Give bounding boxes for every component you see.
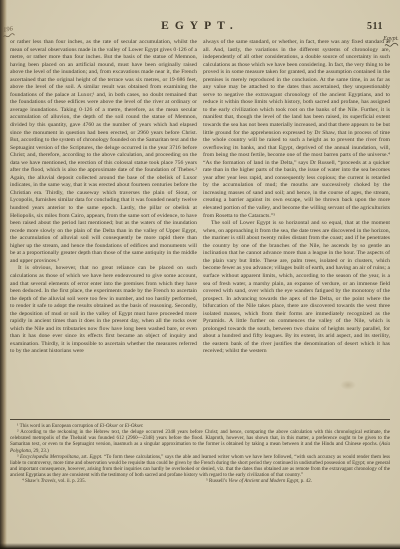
footnote-4: ⁴ Shaw’s Travels, vol. ii. p. 235. — [10, 479, 206, 485]
footnote-3-article: Egypt. — [90, 455, 103, 460]
footnote-5: ⁵ Russell’s View of Ancient and Modern E… — [206, 479, 390, 485]
footnote-2: ² According to the reckoning in the Hebr… — [10, 430, 390, 455]
footnote-1-title: El-Okser. — [125, 424, 144, 429]
binding-edge — [0, 0, 7, 549]
paragraph-left-continuation: or rather less than four inches, as the … — [10, 39, 197, 265]
text-column-right: always of the same standard, or whether,… — [203, 39, 390, 418]
footnote-3: ³ Encyclopædia Metropolitana, art. Egypt… — [10, 455, 390, 480]
footnote-row: ⁴ Shaw’s Travels, vol. ii. p. 235. ⁵ Rus… — [10, 479, 390, 485]
footnote-4-title: Travels — [41, 479, 56, 484]
page-number: 511 — [367, 21, 383, 32]
paragraph-right-2: The soil of Lower Egypt is so horizontal… — [203, 220, 390, 356]
footnote-1-text: or — [118, 424, 125, 429]
footnote-divider — [10, 419, 390, 420]
footnote-1-text: ¹ This word is an European corruption of — [17, 424, 100, 429]
footnote-3-title: Encyclopædia Metropolitana — [20, 455, 79, 460]
text-column-left: or rather less than four inches, as the … — [10, 39, 197, 418]
paragraph-right-continuation: always of the same standard, or whether,… — [203, 39, 390, 220]
footnote-5-text: ⁵ Russell’s — [206, 479, 228, 484]
page-bottom-shadow — [0, 543, 400, 549]
footnote-5-text: , p. 42. — [298, 479, 312, 484]
footnote-3-text: , art. — [79, 455, 90, 460]
footnote-1-title: El-Oksor — [100, 424, 118, 429]
text-columns: or rather less than four inches, as the … — [10, 39, 390, 418]
footnote-4-text: , vol. ii. p. 235. — [55, 479, 85, 484]
footnote-4-text: ⁴ Shaw’s — [22, 479, 41, 484]
footnote-2-text: , 29, 23.) — [31, 449, 49, 454]
page-title: EGYPT. — [0, 20, 400, 32]
footnote-5-title: View of Ancient and Modern Egypt — [228, 479, 298, 484]
footnotes-section: ¹ This word is an European corruption of… — [10, 424, 390, 486]
footnote-2-text: ² According to the reckoning in the Hebr… — [10, 430, 390, 447]
paragraph-left-2: It is obvious, however, that no great re… — [10, 265, 197, 356]
book-page: 196 EGYPT. 511 Egypt. or rather less tha… — [0, 0, 400, 549]
